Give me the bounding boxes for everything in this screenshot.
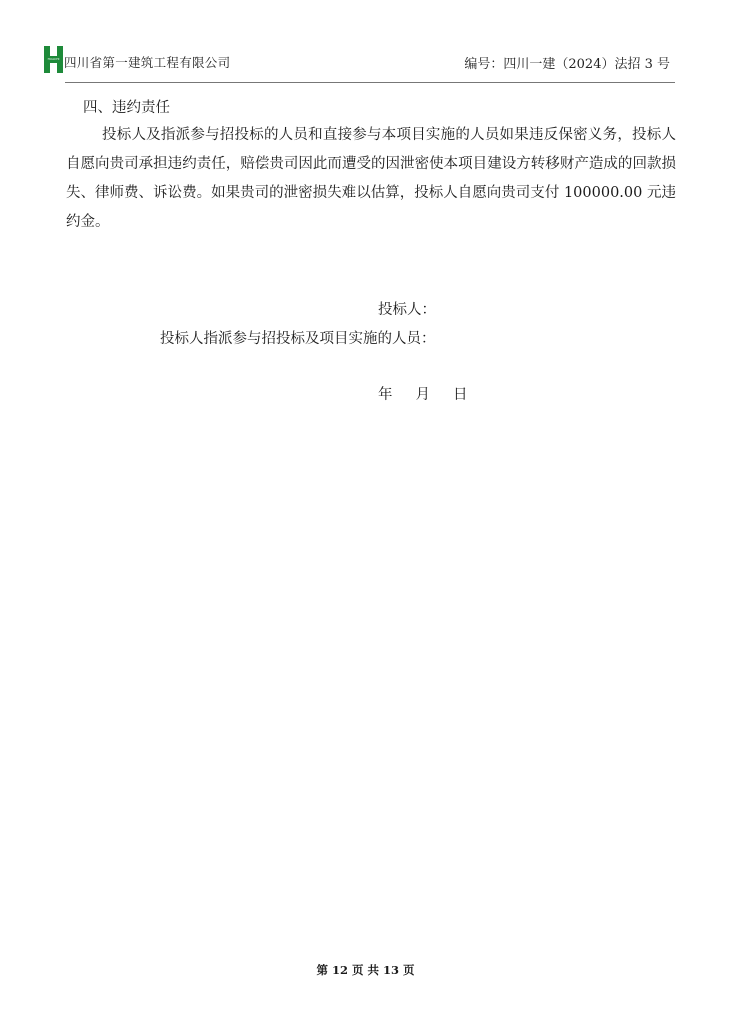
staff-signature-label: 投标人指派参与招投标及项目实施的人员： xyxy=(160,327,436,348)
bidder-signature-label: 投标人： xyxy=(378,298,436,319)
date-year: 年 xyxy=(378,383,393,404)
section-title: 四、违约责任 xyxy=(83,96,170,117)
date-day: 日 xyxy=(453,383,468,404)
section-paragraph: 投标人及指派参与招投标的人员和直接参与本项目实施的人员如果违反保密义务，投标人自… xyxy=(66,121,676,237)
company-name: 四川省第一建筑工程有限公司 xyxy=(64,53,230,71)
logo-notch-bottom xyxy=(50,63,57,73)
date-month: 月 xyxy=(416,383,431,404)
header-divider xyxy=(65,82,675,83)
signature-date: 年月日 xyxy=(378,383,491,404)
company-logo-icon: HUACHI xyxy=(44,46,63,73)
page-footer: 第 12 页 共 13 页 xyxy=(0,962,731,978)
logo-text: HUACHI xyxy=(45,58,62,61)
logo-notch-top xyxy=(50,46,57,56)
page-header: HUACHI 四川省第一建筑工程有限公司 编号：四川一建（2024）法招 3 号 xyxy=(44,44,674,74)
document-number: 编号：四川一建（2024）法招 3 号 xyxy=(464,53,670,72)
